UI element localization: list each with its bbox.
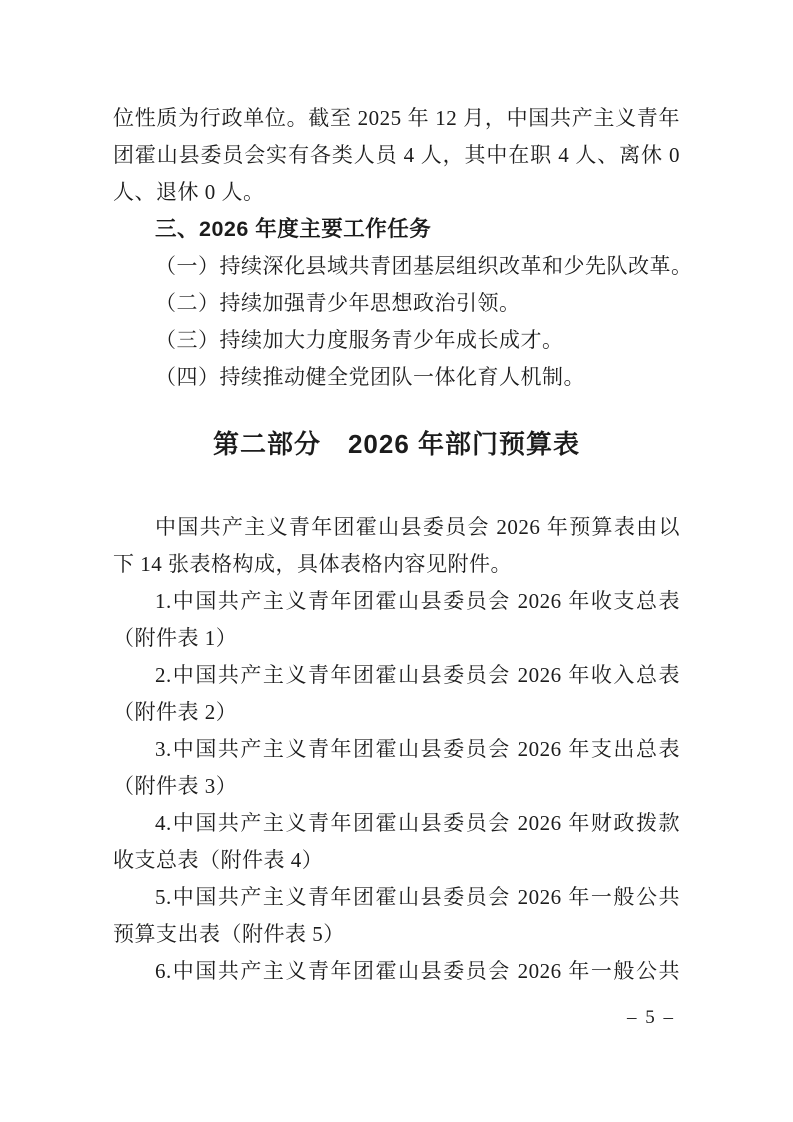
part2-section-title: 第二部分 2026 年部门预算表	[113, 424, 680, 464]
text-line: 4.中国共产主义青年团霍山县委员会 2026 年财政拨款	[113, 805, 680, 842]
text-line: 收支总表（附件表 4）	[113, 842, 680, 879]
text-line: 位性质为行政单位。截至 2025 年 12 月，中国共产主义青年	[113, 100, 680, 137]
text-line: 三、2026 年度主要工作任务	[113, 211, 680, 248]
document-page: 位性质为行政单位。截至 2025 年 12 月，中国共产主义青年团霍山县委员会实…	[0, 0, 793, 1122]
text-line: 预算支出表（附件表 5）	[113, 916, 680, 953]
task-item-3: （三）持续加大力度服务青少年成长成才。	[113, 322, 680, 359]
text-line: 2.中国共产主义青年团霍山县委员会 2026 年收入总表	[113, 657, 680, 694]
document-body: 位性质为行政单位。截至 2025 年 12 月，中国共产主义青年团霍山县委员会实…	[113, 100, 680, 990]
budget-table-item-6: 6.中国共产主义青年团霍山县委员会 2026 年一般公共	[113, 953, 680, 990]
paragraph-unit-overview: 位性质为行政单位。截至 2025 年 12 月，中国共产主义青年团霍山县委员会实…	[113, 100, 680, 211]
text-line: （三）持续加大力度服务青少年成长成才。	[113, 322, 680, 359]
paragraph-budget-tables-intro: 中国共产主义青年团霍山县委员会 2026 年预算表由以下 14 张表格构成，具体…	[113, 509, 680, 583]
text-line: （四）持续推动健全党团队一体化育人机制。	[113, 359, 680, 396]
text-line: 6.中国共产主义青年团霍山县委员会 2026 年一般公共	[113, 953, 680, 990]
text-line: （附件表 1）	[113, 620, 680, 657]
text-line: 中国共产主义青年团霍山县委员会 2026 年预算表由以	[113, 509, 680, 546]
text-line: 5.中国共产主义青年团霍山县委员会 2026 年一般公共	[113, 879, 680, 916]
task-item-1: （一）持续深化县域共青团基层组织改革和少先队改革。	[113, 248, 680, 285]
budget-table-item-3: 3.中国共产主义青年团霍山县委员会 2026 年支出总表（附件表 3）	[113, 731, 680, 805]
heading-2026-main-tasks: 三、2026 年度主要工作任务	[113, 211, 680, 248]
budget-table-item-5: 5.中国共产主义青年团霍山县委员会 2026 年一般公共预算支出表（附件表 5）	[113, 879, 680, 953]
budget-table-item-4: 4.中国共产主义青年团霍山县委员会 2026 年财政拨款收支总表（附件表 4）	[113, 805, 680, 879]
text-line: （二）持续加强青少年思想政治引领。	[113, 285, 680, 322]
text-line: 人、退休 0 人。	[113, 174, 680, 211]
text-line: 团霍山县委员会实有各类人员 4 人，其中在职 4 人、离休 0	[113, 137, 680, 174]
task-item-2: （二）持续加强青少年思想政治引领。	[113, 285, 680, 322]
text-line: （附件表 3）	[113, 768, 680, 805]
text-line: 3.中国共产主义青年团霍山县委员会 2026 年支出总表	[113, 731, 680, 768]
text-line: （附件表 2）	[113, 694, 680, 731]
text-line: 下 14 张表格构成，具体表格内容见附件。	[113, 546, 680, 583]
text-line: 1.中国共产主义青年团霍山县委员会 2026 年收支总表	[113, 583, 680, 620]
task-item-4: （四）持续推动健全党团队一体化育人机制。	[113, 359, 680, 396]
budget-table-item-1: 1.中国共产主义青年团霍山县委员会 2026 年收支总表（附件表 1）	[113, 583, 680, 657]
page-number: – 5 –	[627, 1003, 675, 1033]
text-line: 第二部分 2026 年部门预算表	[113, 424, 680, 464]
text-line: （一）持续深化县域共青团基层组织改革和少先队改革。	[113, 248, 680, 285]
budget-table-item-2: 2.中国共产主义青年团霍山县委员会 2026 年收入总表（附件表 2）	[113, 657, 680, 731]
